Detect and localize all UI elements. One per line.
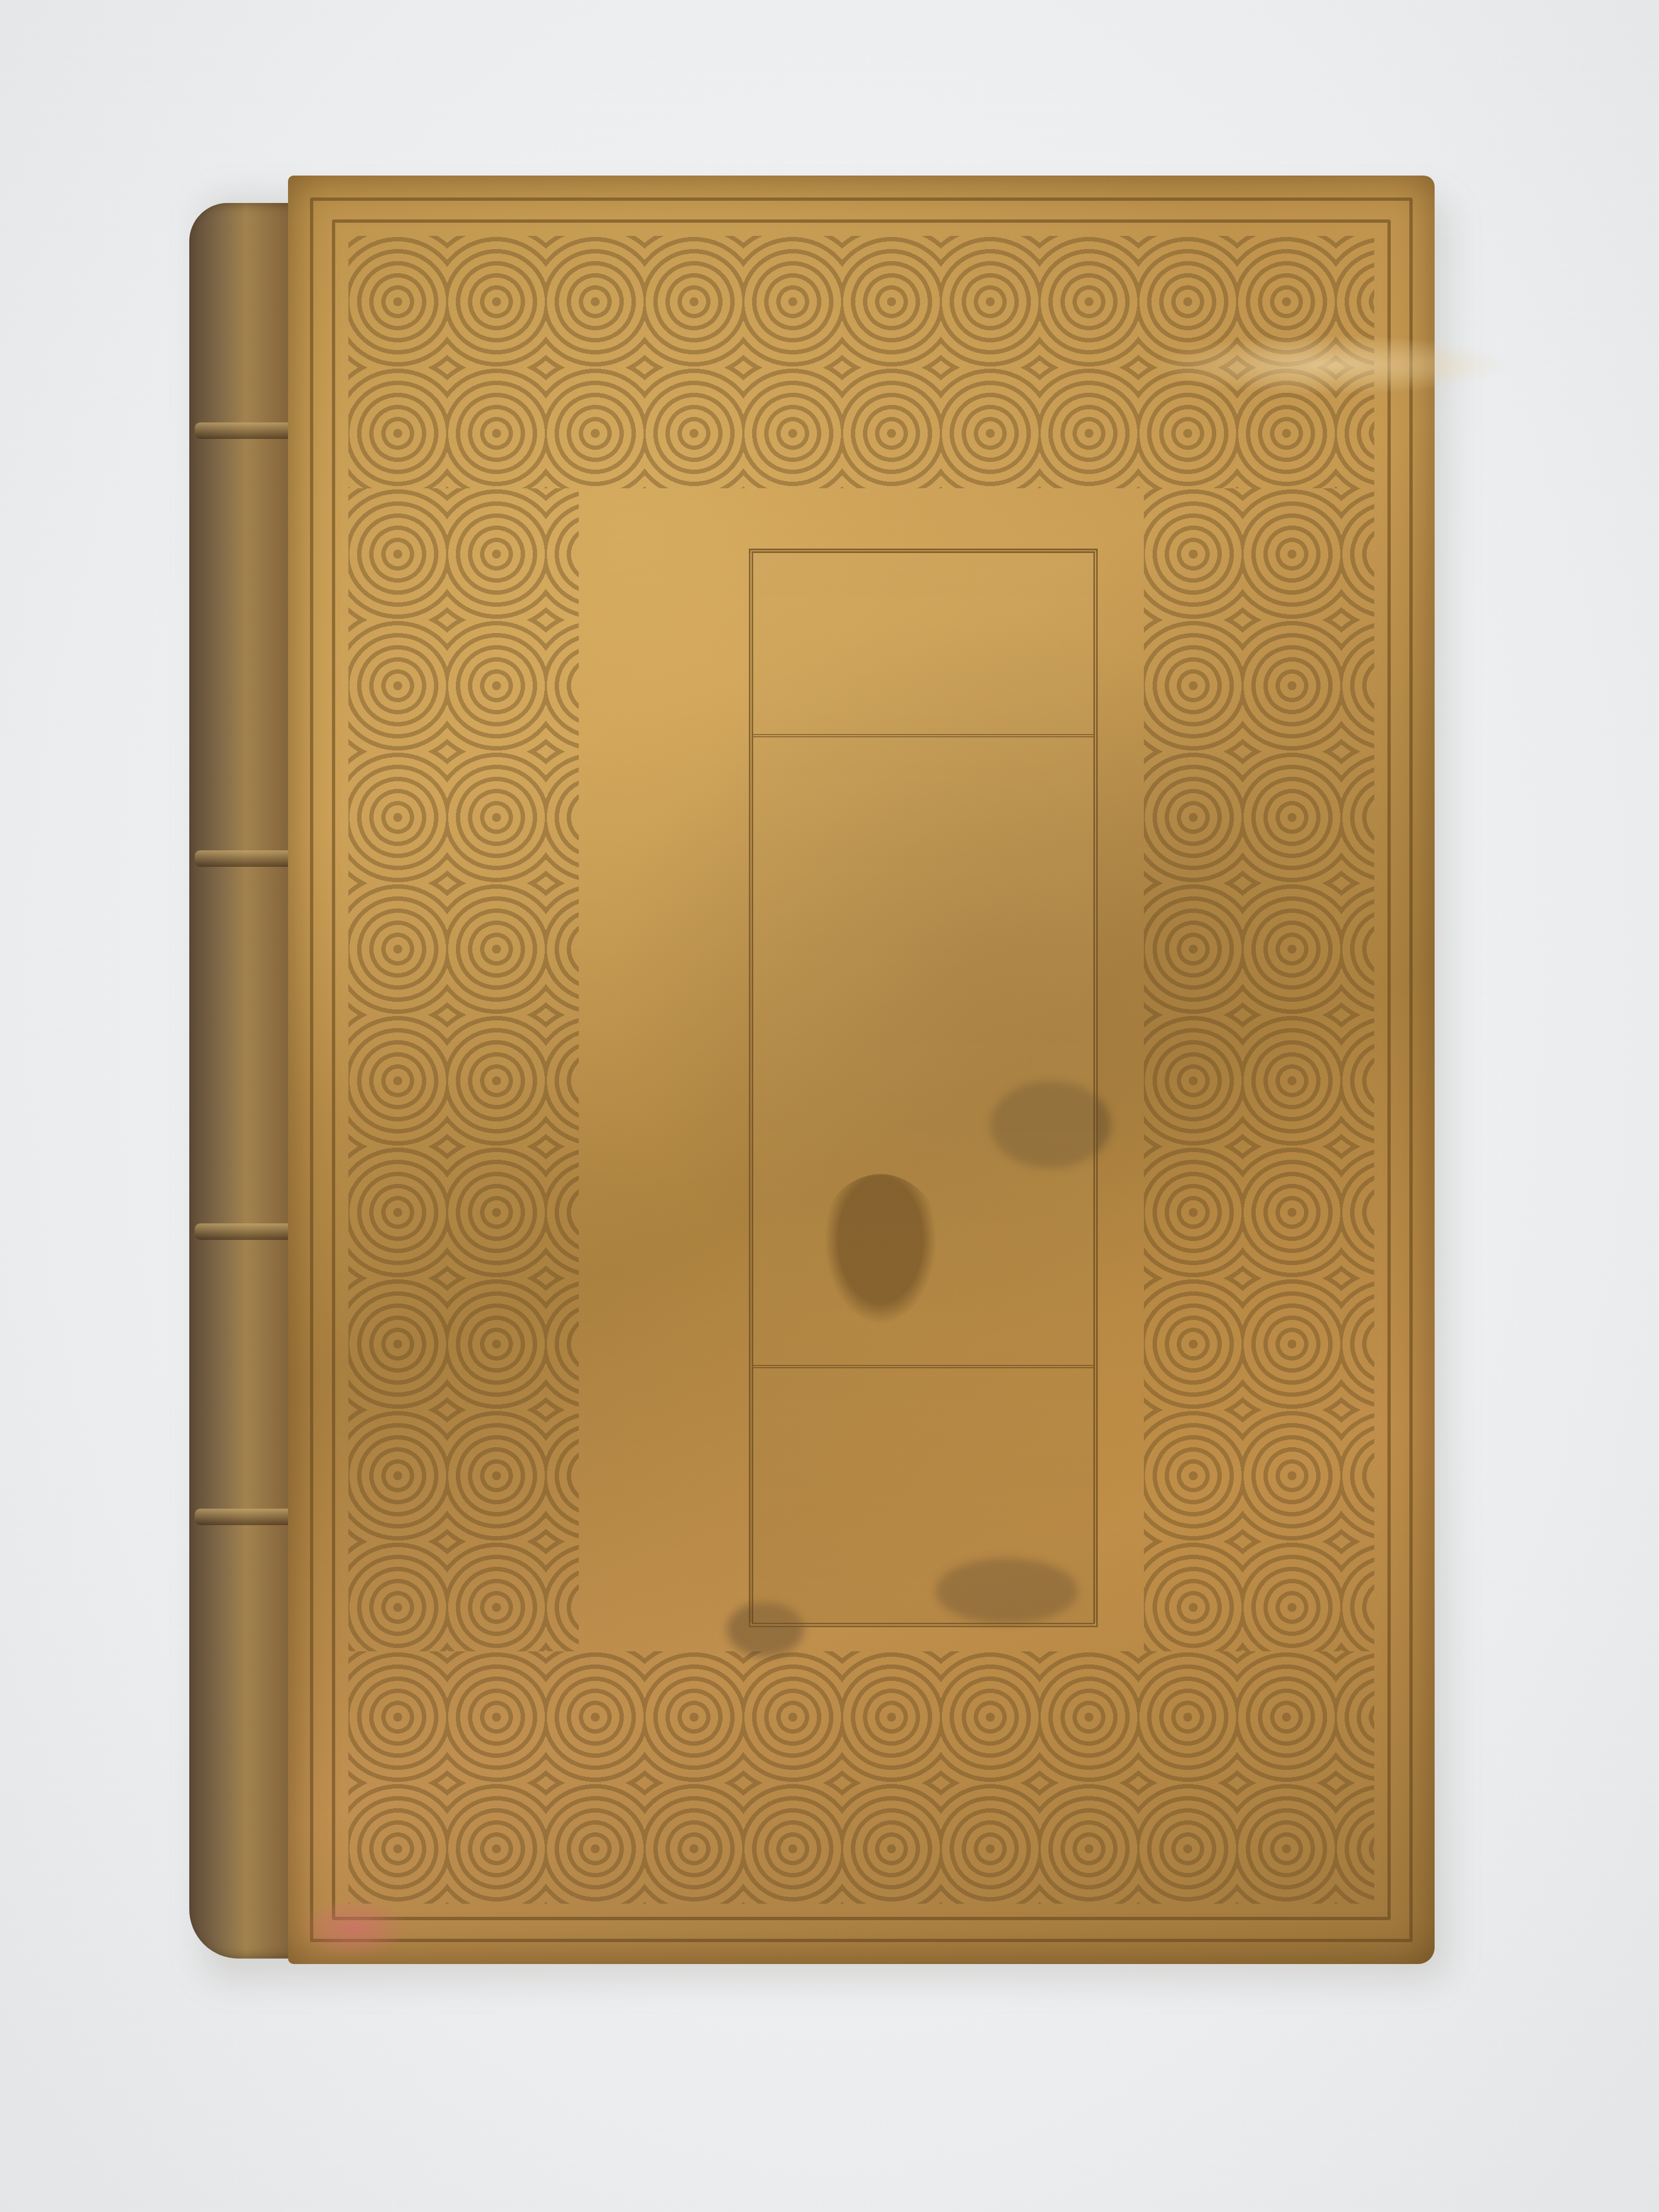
central-panel bbox=[749, 549, 1098, 1627]
red-mark bbox=[299, 1898, 409, 1959]
right-ornament-border bbox=[1144, 488, 1374, 1651]
panel-divider bbox=[753, 734, 1093, 748]
fleuron-centerpiece-ornament bbox=[815, 1174, 946, 1339]
photo-scene bbox=[0, 0, 1659, 2212]
bottom-ornament-border bbox=[348, 1651, 1374, 1904]
left-ornament-border bbox=[348, 488, 579, 1651]
panel-divider bbox=[753, 1365, 1093, 1379]
faded-label-stamp bbox=[1149, 335, 1511, 395]
antique-book bbox=[189, 176, 1435, 1964]
